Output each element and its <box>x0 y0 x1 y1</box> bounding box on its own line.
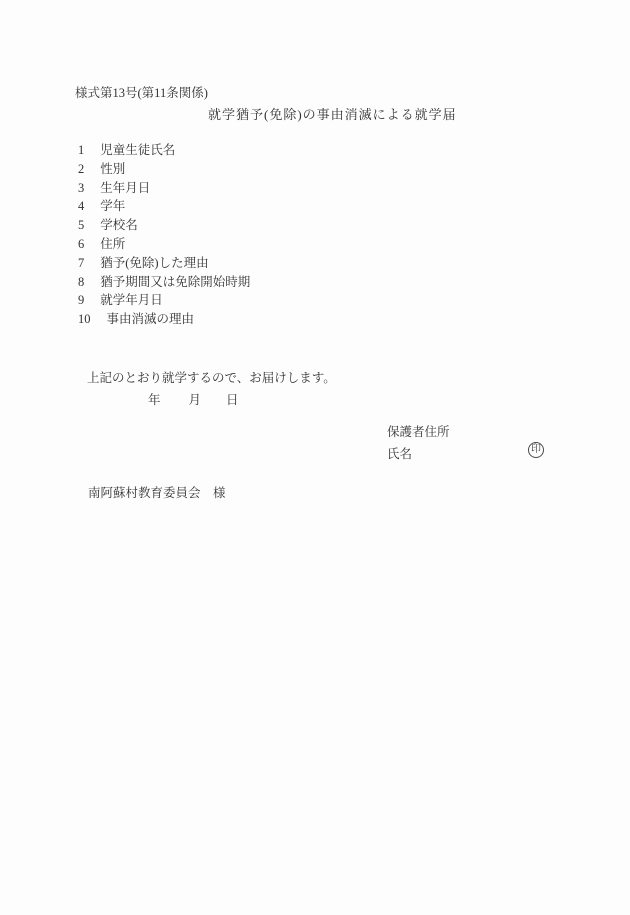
document-title: 就学猶予(免除)の事由消滅による就学届 <box>208 104 457 123</box>
item-number: 1 <box>78 143 84 157</box>
addressee-line: 南阿蘇村教育委員会 様 <box>88 483 226 501</box>
list-item: 7猶予(免除)した理由 <box>78 254 250 273</box>
item-number: 7 <box>78 256 84 270</box>
list-item: 3生年月日 <box>78 179 250 198</box>
statement-text: 上記のとおり就学するので、お届けします。 <box>87 368 336 386</box>
list-item: 2性別 <box>78 160 250 179</box>
form-number: 様式第13号(第11条関係) <box>75 83 208 101</box>
item-number: 9 <box>78 293 84 307</box>
item-label: 猶予(免除)した理由 <box>100 256 208 270</box>
guardian-name-label: 氏名 <box>387 444 412 462</box>
item-number: 8 <box>78 275 84 289</box>
list-item: 9就学年月日 <box>78 291 250 310</box>
item-label: 住所 <box>100 237 125 251</box>
item-number: 4 <box>78 199 84 213</box>
item-label: 事由消滅の理由 <box>107 312 195 326</box>
item-list: 1児童生徒氏名 2性別 3生年月日 4学年 5学校名 6住所 7猶予(免除)した… <box>78 141 250 329</box>
item-label: 生年月日 <box>100 181 150 195</box>
item-label: 学年 <box>100 199 125 213</box>
year-label: 年 <box>148 393 161 407</box>
item-label: 就学年月日 <box>100 293 163 307</box>
list-item: 10事由消滅の理由 <box>78 310 250 329</box>
item-label: 猶予期間又は免除開始時期 <box>100 275 250 289</box>
list-item: 6住所 <box>78 235 250 254</box>
day-label: 日 <box>226 393 239 407</box>
list-item: 8猶予期間又は免除開始時期 <box>78 273 250 292</box>
list-item: 5学校名 <box>78 216 250 235</box>
document-page: 様式第13号(第11条関係) 就学猶予(免除)の事由消滅による就学届 1児童生徒… <box>0 0 630 915</box>
month-label: 月 <box>189 393 202 407</box>
item-label: 児童生徒氏名 <box>100 143 175 157</box>
guardian-address-label: 保護者住所 <box>387 422 450 440</box>
item-label: 性別 <box>100 162 125 176</box>
list-item: 4学年 <box>78 197 250 216</box>
item-label: 学校名 <box>100 218 138 232</box>
date-line: 年月日 <box>148 390 239 408</box>
seal-icon: 印 <box>528 442 544 458</box>
item-number: 6 <box>78 237 84 251</box>
item-number: 3 <box>78 181 84 195</box>
list-item: 1児童生徒氏名 <box>78 141 250 160</box>
item-number: 10 <box>78 312 91 326</box>
item-number: 5 <box>78 218 84 232</box>
item-number: 2 <box>78 162 84 176</box>
